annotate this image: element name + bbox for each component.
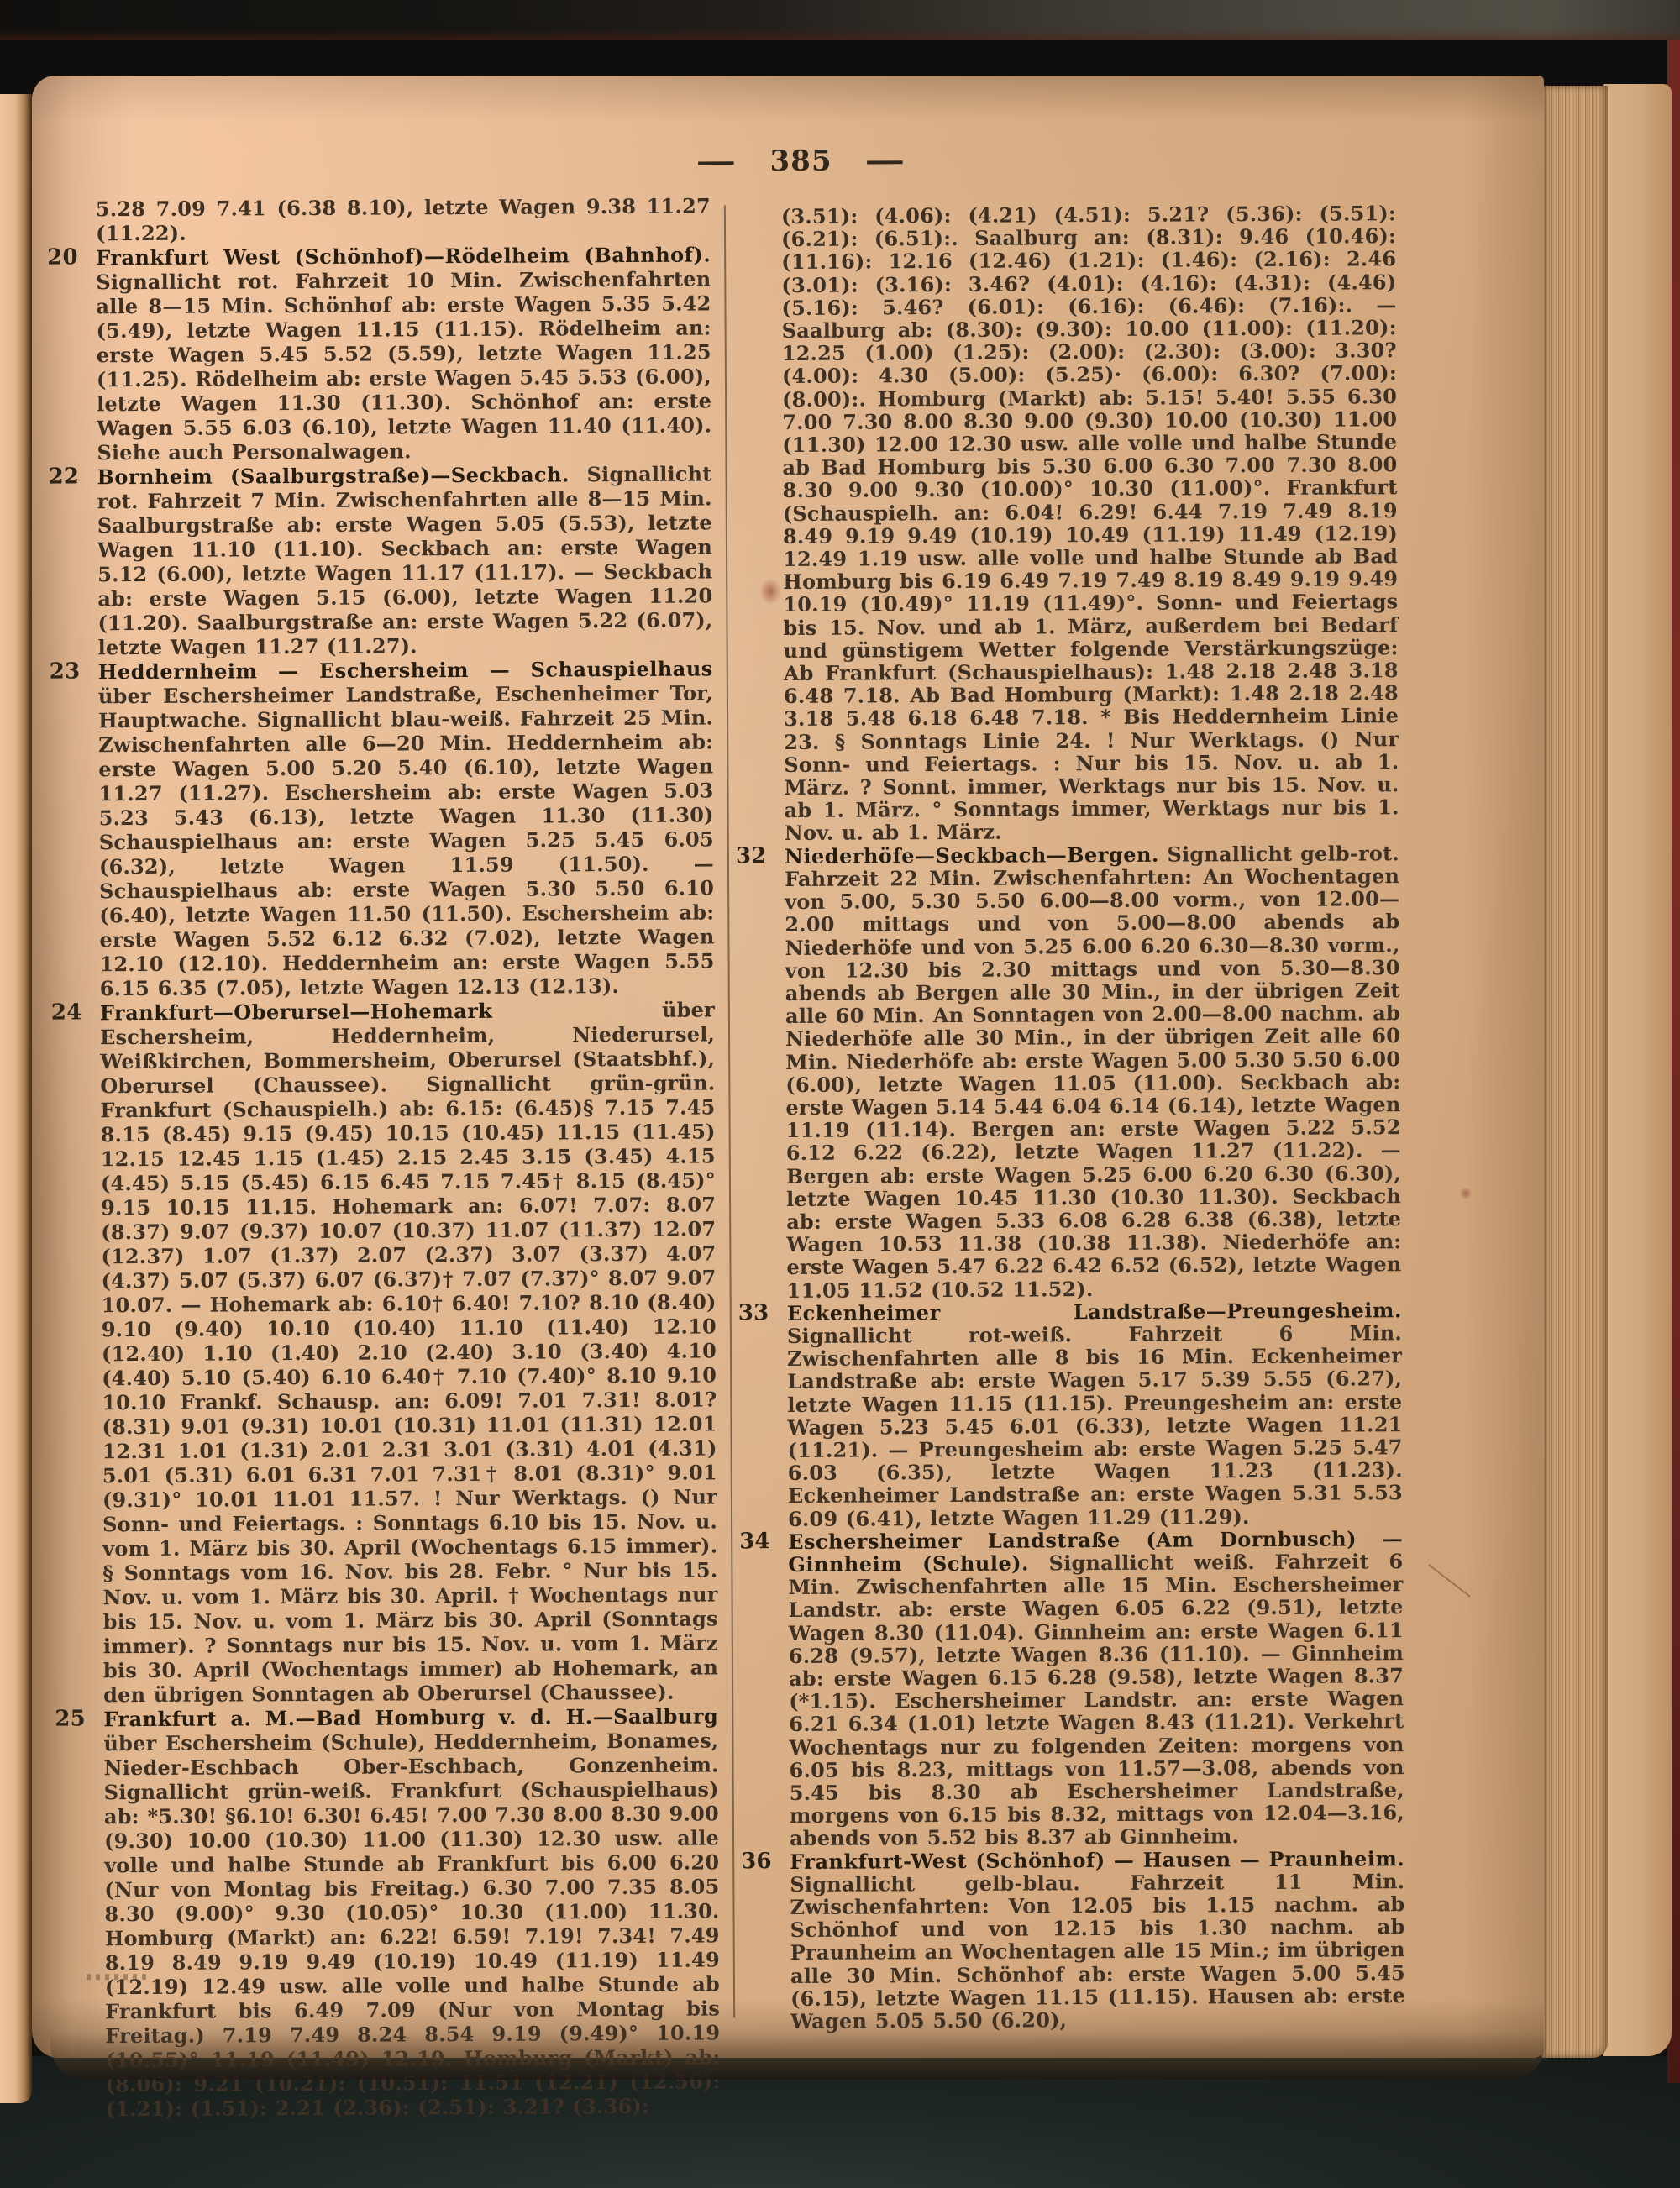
facing-page-sliver — [0, 94, 32, 2103]
entry-number: 24 — [51, 1000, 95, 1025]
entry-number: 36 — [741, 1850, 785, 1873]
paper-fiber-mark — [1428, 1564, 1470, 1597]
page-content: —385— 5.28 7.09 7.41 (6.38 8.10), letzte… — [28, 71, 1550, 2061]
entry-text: Signallicht rot-weiß. Fahrzeit 6 Min. Zw… — [787, 1320, 1403, 1530]
header-dash-right: — — [864, 144, 906, 177]
timetable-entry: 22 Bornheim (Saalburgstraße)—Seckbach. S… — [97, 461, 712, 659]
entry-number: 20 — [47, 245, 91, 270]
entry-text: Signallicht weiß. Fahrzeit 6 Min. Zwisch… — [788, 1549, 1404, 1850]
entry-number: 32 — [736, 845, 780, 868]
timetable-entry: 5.28 7.09 7.41 (6.38 8.10), letzte Wagen… — [96, 193, 711, 245]
entry-text: über Eschersheim, Heddernheim, Niederurs… — [100, 997, 718, 1707]
underlying-page-edge — [1603, 84, 1672, 2056]
header-dash-left: — — [696, 144, 737, 178]
ink-stain — [759, 578, 781, 605]
timetable-entry: 36 Frankfurt-West (Schönhof) — Hausen — … — [790, 1847, 1405, 2033]
timetable-entry: 32 Niederhöfe—Seckbach—Bergen. Signallic… — [785, 842, 1402, 1302]
left-column: 5.28 7.09 7.41 (6.38 8.10), letzte Wagen… — [96, 193, 721, 2121]
entry-number: 34 — [739, 1530, 783, 1553]
entry-text: (3.51): (4.06): (4.21) (4.51): 5.21? (5.… — [781, 201, 1399, 845]
entry-text: Signallicht gelb-blau. Fahrzeit 11 Min. … — [790, 1869, 1405, 2033]
entry-title: Heddernheim — Eschersheim — Schauspielha… — [98, 656, 713, 684]
page-header: —385— — [532, 143, 1069, 179]
timetable-entry: 24 Frankfurt—Oberursel—Hohemark über Esc… — [100, 997, 718, 1707]
entry-title: Frankfurt West (Schönhof)—Rödelheim (Bah… — [96, 242, 711, 270]
entry-title: Bornheim (Saalburgstraße)—Seckbach. — [97, 462, 570, 489]
entry-number: 22 — [48, 464, 92, 489]
entry-number: 23 — [50, 659, 93, 684]
book-page: —385— 5.28 7.09 7.41 (6.38 8.10), letzte… — [32, 76, 1544, 2058]
timetable-entry: 33 Eckenheimer Landstraße—Preungesheim. … — [787, 1299, 1403, 1530]
entry-text: Signallicht rot. Fahrzeit 10 Min. Zwisch… — [96, 266, 711, 464]
entry-title: Frankfurt a. M.—Bad Homburg v. d. H.—Saa… — [103, 1703, 718, 1731]
ink-speckles — [87, 1974, 149, 1980]
entry-number: 33 — [738, 1302, 782, 1325]
page-bottom-curl-shadow — [50, 2033, 1546, 2080]
entry-text: über Eschersheimer Landstraße, Eschenhei… — [98, 680, 715, 1000]
entry-text: Signallicht gelb-rot. Fahrzeit 22 Min. Z… — [785, 841, 1402, 1303]
page-number: 385 — [769, 144, 832, 178]
right-column: (3.51): (4.06): (4.21) (4.51): 5.21? (5.… — [781, 202, 1405, 2033]
timetable-entry: 34 Eschersheimer Landstraße (Am Dornbusc… — [788, 1527, 1404, 1850]
timetable-entry: (3.51): (4.06): (4.21) (4.51): 5.21? (5.… — [781, 202, 1399, 845]
entry-text: Signallicht rot. Fahrzeit 7 Min. Zwische… — [97, 461, 713, 659]
ink-stain — [1460, 1188, 1472, 1199]
page-stack-fore-edge — [1541, 86, 1608, 2058]
timetable-entry: 20 Frankfurt West (Schönhof)—Rödelheim (… — [96, 242, 711, 464]
column-divider-rule — [724, 205, 735, 2017]
book-scan: —385— 5.28 7.09 7.41 (6.38 8.10), letzte… — [0, 0, 1680, 2188]
entry-number: 25 — [55, 1707, 98, 1731]
entry-title: Frankfurt—Oberursel—Hohemark — [100, 999, 493, 1025]
entry-text: 5.28 7.09 7.41 (6.38 8.10), letzte Wagen… — [96, 193, 711, 245]
book-binding-top — [0, 0, 1680, 40]
timetable-entry: 23 Heddernheim — Eschersheim — Schauspie… — [98, 656, 715, 1000]
